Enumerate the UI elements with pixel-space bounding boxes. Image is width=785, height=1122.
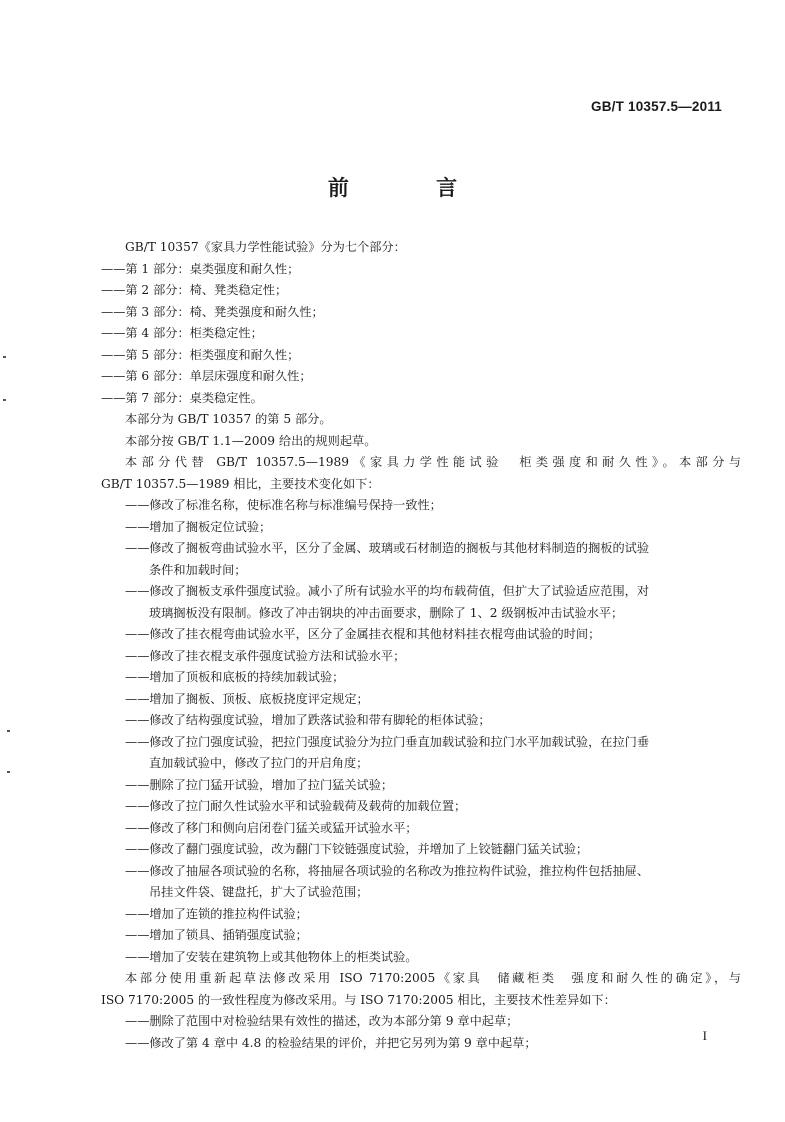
list-item: ——删除了范围中对检验结果有效性的描述，改为本部分第 9 章中起草；	[101, 1011, 741, 1033]
list-item: ——第 7 部分：桌类稳定性。	[101, 388, 741, 410]
list-item: ——第 4 部分：柜类稳定性；	[101, 323, 741, 345]
parts-list: ——第 1 部分：桌类强度和耐久性； ——第 2 部分：椅、凳类稳定性； ——第…	[101, 259, 741, 410]
list-item: ——修改了拉门耐久性试验水平和试验载荷及载荷的加载位置；	[101, 796, 741, 818]
iso-adoption-paragraph: 本部分使用重新起草法修改采用 ISO 7170:2005《家具 储藏柜类 强度和…	[101, 968, 741, 1011]
changes-list: ——修改了标准名称，使标准名称与标准编号保持一致性； ——增加了搁板定位试验； …	[101, 495, 741, 968]
list-item: ——修改了挂衣棍支承件强度试验方法和试验水平；	[101, 646, 741, 668]
list-item-continuation: 直加载试验中，修改了拉门的开启角度；	[101, 753, 741, 775]
iso-line-2: ISO 7170:2005 的一致性程度为修改采用。与 ISO 7170:200…	[101, 990, 741, 1012]
list-item-continuation: 条件和加载时间；	[101, 560, 741, 582]
list-item: ——修改了搁板弯曲试验水平，区分了金属、玻璃或石材制造的搁板与其他材料制造的搁板…	[101, 538, 741, 560]
scan-speck	[7, 771, 10, 773]
list-item: ——增加了搁板定位试验；	[101, 517, 741, 539]
iso-line-1: 本部分使用重新起草法修改采用 ISO 7170:2005《家具 储藏柜类 强度和…	[101, 968, 741, 990]
list-item-continuation: 吊挂文件袋、键盘托，扩大了试验范围；	[101, 882, 741, 904]
scan-speck	[3, 356, 6, 358]
list-item: ——增加了连锁的推拉构件试验；	[101, 904, 741, 926]
scan-speck	[7, 730, 10, 732]
list-item: ——修改了结构强度试验，增加了跌落试验和带有脚轮的柜体试验；	[101, 710, 741, 732]
list-item: ——修改了翻门强度试验，改为翻门下铰链强度试验，并增加了上铰链翻门猛关试验；	[101, 839, 741, 861]
list-item: ——修改了第 4 章中 4.8 的检验结果的评价，并把它另列为第 9 章中起草；	[101, 1033, 741, 1055]
page-number: I	[703, 1028, 707, 1044]
statement-drafting-rules: 本部分按 GB/T 1.1—2009 给出的规则起草。	[101, 431, 741, 453]
list-item: ——修改了抽屉各项试验的名称，将抽屉各项试验的名称改为推拉构件试验，推拉构件包括…	[101, 861, 741, 883]
foreword-body: GB/T 10357《家具力学性能试验》分为七个部分： ——第 1 部分：桌类强…	[101, 237, 741, 1054]
list-item: ——修改了挂衣棍弯曲试验水平，区分了金属挂衣棍和其他材料挂衣棍弯曲试验的时间；	[101, 624, 741, 646]
list-item: ——修改了搁板支承件强度试验。减小了所有试验水平的均布载荷值，但扩大了试验适应范…	[101, 581, 741, 603]
list-item-continuation: 玻璃搁板没有限制。修改了冲击钢块的冲击面要求，删除了 1、2 级钢板冲击试验水平…	[101, 603, 741, 625]
scan-speck	[3, 399, 6, 401]
list-item: ——增加了搁板、顶板、底板挠度评定规定；	[101, 689, 741, 711]
list-item: ——删除了拉门猛开试验，增加了拉门猛关试验；	[101, 775, 741, 797]
list-item: ——第 2 部分：椅、凳类稳定性；	[101, 280, 741, 302]
list-item: ——第 5 部分：柜类强度和耐久性；	[101, 345, 741, 367]
intro-paragraph: GB/T 10357《家具力学性能试验》分为七个部分：	[101, 237, 741, 259]
list-item: ——增加了安装在建筑物上或其他物体上的柜类试验。	[101, 947, 741, 969]
standard-number: GB/T 10357.5—2011	[591, 99, 722, 114]
iso-differences-list: ——删除了范围中对检验结果有效性的描述，改为本部分第 9 章中起草； ——修改了…	[101, 1011, 741, 1054]
list-item: ——修改了移门和侧向启闭卷门猛关或猛开试验水平；	[101, 818, 741, 840]
replacement-line-1: 本部分代替 GB/T 10357.5—1989《家具力学性能试验 柜类强度和耐久…	[101, 452, 741, 474]
list-item: ——修改了标准名称，使标准名称与标准编号保持一致性；	[101, 495, 741, 517]
replacement-paragraph: 本部分代替 GB/T 10357.5—1989《家具力学性能试验 柜类强度和耐久…	[101, 452, 741, 495]
list-item: ——增加了锁具、插销强度试验；	[101, 925, 741, 947]
list-item: ——增加了顶板和底板的持续加载试验；	[101, 667, 741, 689]
replacement-line-2: GB/T 10357.5—1989 相比，主要技术变化如下：	[101, 474, 741, 496]
list-item: ——第 3 部分：椅、凳类强度和耐久性；	[101, 302, 741, 324]
document-page: GB/T 10357.5—2011 前 言 GB/T 10357《家具力学性能试…	[0, 0, 785, 1122]
statement-part-number: 本部分为 GB/T 10357 的第 5 部分。	[101, 409, 741, 431]
list-item: ——修改了拉门强度试验，把拉门强度试验分为拉门垂直加载试验和拉门水平加载试验，在…	[101, 732, 741, 754]
page-title: 前 言	[0, 172, 785, 202]
list-item: ——第 6 部分：单层床强度和耐久性；	[101, 366, 741, 388]
list-item: ——第 1 部分：桌类强度和耐久性；	[101, 259, 741, 281]
